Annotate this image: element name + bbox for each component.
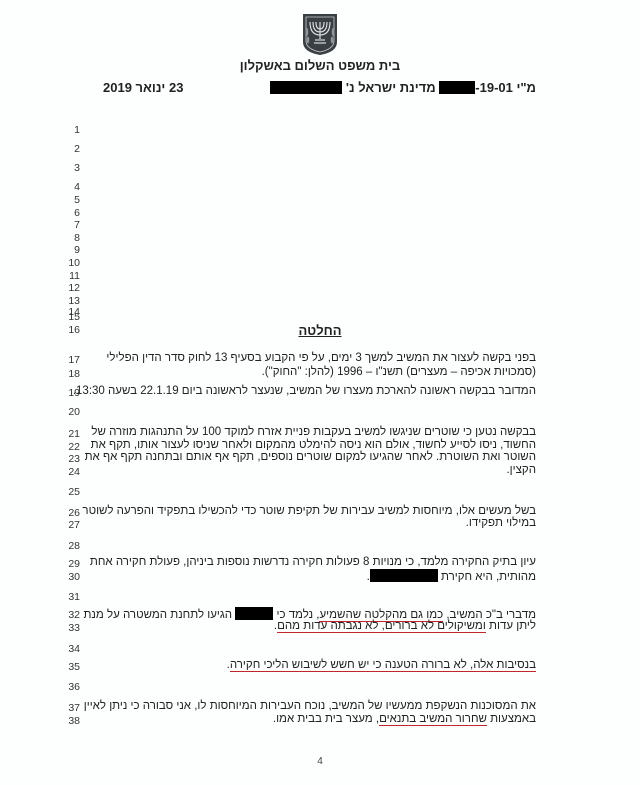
body-line: (סמכויות אכיפה – מעצרים) תשנ"ו – 1996 (ל…: [262, 366, 536, 378]
body-line: השוטר ואת השוטרת. לאחר שהגיעו למקום שוטר…: [85, 451, 536, 463]
decision-title: החלטה: [0, 323, 640, 338]
body-line: החשוד, ניסו לסייע לחשוד, אולם הוא ניסה ל…: [91, 439, 536, 451]
line-number: 8: [62, 232, 80, 244]
line-number: 26: [62, 507, 80, 519]
case-parties: מדינת ישראל נ': [346, 80, 436, 95]
redaction-block: [439, 81, 475, 94]
body-line: עיון בתיק החקירה מלמד, כי מנויות 8 פעולו…: [90, 556, 536, 568]
body-line: מהותית, היא חקירת .: [367, 569, 536, 583]
line-number: 12: [62, 282, 80, 294]
line-number: 22: [62, 441, 80, 453]
line-number: 37: [62, 702, 80, 714]
redaction-block: [370, 569, 438, 582]
line-number: 23: [62, 453, 80, 465]
line-number: 34: [62, 643, 80, 655]
court-name: בית משפט השלום באשקלון: [0, 58, 640, 73]
redaction-block: [270, 81, 342, 94]
line-number: 32: [62, 609, 80, 621]
line-number: 35: [62, 661, 80, 673]
line-number: 1: [62, 124, 80, 136]
line-number: 18: [62, 368, 80, 380]
line-number: 10: [62, 257, 80, 269]
line-number: 15: [62, 311, 80, 323]
line-number: 3: [62, 162, 80, 174]
line-number: 2: [62, 143, 80, 155]
body-line: את המסוכנות הנשקפת ממעשיו של המשיב, נוכח…: [84, 700, 536, 712]
case-prefix: מ"י 19-01-: [475, 80, 536, 95]
line-number: 33: [62, 622, 80, 634]
body-line: באמצעות שחרור המשיב בתנאים, מעצר בית בבי…: [273, 713, 536, 725]
page-number: 4: [0, 756, 640, 767]
line-number: 28: [62, 540, 80, 552]
body-line: בפני בקשה לעצור את המשיב למשך 3 ימים, על…: [106, 352, 536, 364]
line-number: 17: [62, 354, 80, 366]
line-number: 20: [62, 406, 80, 418]
body-line: בבקשה נטען כי שוטרים שניגשו למשיב בעקבות…: [91, 426, 536, 438]
menorah-emblem-icon: [300, 12, 340, 56]
line-number: 4: [62, 181, 80, 193]
line-number: 21: [62, 428, 80, 440]
body-line: בשל מעשים אלו, מיוחסות למשיב עבירות של ת…: [82, 505, 536, 517]
line-number: 6: [62, 207, 80, 219]
line-number: 7: [62, 219, 80, 231]
line-number: 24: [62, 466, 80, 478]
line-number: 29: [62, 558, 80, 570]
body-line: מדברי ב"כ המשיב, כמו גם מהקלטה שהשמיע, נ…: [83, 607, 536, 621]
case-number-line: מ"י 19-01- מדינת ישראל נ': [270, 80, 536, 95]
decision-date: 23 ינואר 2019: [103, 80, 183, 95]
body-line: המדובר בבקשה ראשונה להארכת מעצרו של המשי…: [73, 385, 536, 397]
redaction-block: [235, 607, 273, 620]
body-line: ליתן עדות ומשיקולים לא ברורים, לא נגבתה …: [274, 620, 536, 632]
body-line: במילוי תפקידו.: [466, 517, 536, 529]
body-line: הקצין.: [506, 464, 536, 476]
line-number: 25: [62, 486, 80, 498]
highlighted-phrase: שחרור המשיב בתנאים: [379, 713, 487, 726]
line-number: 38: [62, 715, 80, 727]
line-number: 30: [62, 571, 80, 583]
line-number: 5: [62, 194, 80, 206]
line-number: 31: [62, 591, 80, 603]
body-line: בנסיבות אלה, לא ברורה הטענה כי יש חשש לש…: [227, 659, 536, 671]
line-number: 36: [62, 681, 80, 693]
highlighted-phrase: ומשיקולים לא ברורים, לא נגבתה עדות מהם: [277, 620, 486, 633]
line-number: 9: [62, 244, 80, 256]
line-number: 11: [62, 270, 80, 282]
highlighted-phrase: בנסיבות אלה, לא ברורה הטענה כי יש חשש לש…: [230, 659, 536, 672]
line-number: 27: [62, 519, 80, 531]
